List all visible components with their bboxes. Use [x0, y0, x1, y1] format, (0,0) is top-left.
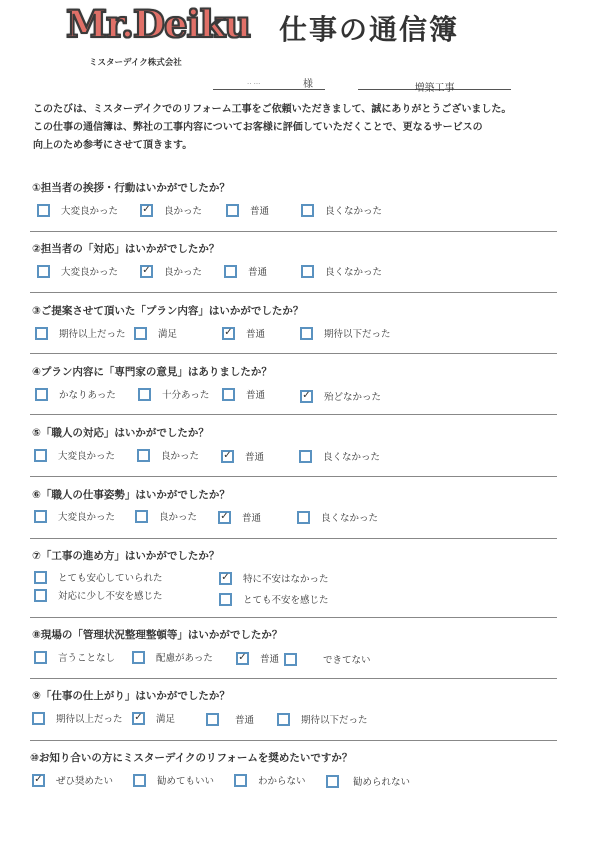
checkbox[interactable]: [299, 450, 312, 463]
checkbox[interactable]: [300, 327, 313, 340]
checkbox[interactable]: [234, 774, 247, 787]
checkbox-checked[interactable]: ✓: [222, 327, 235, 340]
intro-line: この仕事の通信簿は、弊社の工事内容についてお客様に評価していただくことで、更なる…: [33, 119, 511, 137]
q5-option-2[interactable]: 良かった: [137, 448, 199, 462]
q6-option-2[interactable]: 良かった: [135, 509, 197, 523]
divider: [30, 476, 557, 477]
checkbox[interactable]: [34, 589, 47, 602]
q7-option-1[interactable]: とても安心していられた: [34, 570, 163, 584]
question-8-title: ⑧現場の「管理状況整理整頓等」はいかがでしたか？: [32, 627, 282, 642]
question-2-title: ②担当者の「対応」はいかがでしたか？: [32, 241, 219, 256]
q6-option-4[interactable]: 良くなかった: [297, 510, 378, 524]
checkbox[interactable]: [37, 265, 50, 278]
q8-option-3[interactable]: ✓普通: [236, 651, 279, 665]
checkbox[interactable]: [135, 510, 148, 523]
checkbox[interactable]: [134, 327, 147, 340]
checkbox[interactable]: [277, 713, 290, 726]
customer-suffix: 様: [303, 75, 313, 90]
checkbox[interactable]: [222, 388, 235, 401]
checkbox[interactable]: [226, 204, 239, 217]
divider: [30, 740, 557, 741]
q1-option-2[interactable]: ✓良かった: [140, 203, 202, 217]
q8-option-4[interactable]: できてない: [284, 652, 371, 666]
question-5-title: ⑤「職人の対応」はいかがでしたか？: [32, 425, 209, 440]
q3-option-2[interactable]: 満足: [134, 326, 177, 340]
checkbox-checked[interactable]: ✓: [140, 265, 153, 278]
q10-option-2[interactable]: 勧めてもいい: [133, 773, 214, 787]
divider: [30, 231, 557, 232]
divider: [30, 617, 557, 618]
q4-option-2[interactable]: 十分あった: [138, 387, 209, 401]
checkbox[interactable]: [326, 775, 339, 788]
checkbox[interactable]: [34, 651, 47, 664]
q10-option-3[interactable]: わからない: [234, 773, 306, 787]
q3-option-3[interactable]: ✓普通: [222, 326, 265, 340]
q9-option-2[interactable]: ✓満足: [132, 711, 175, 725]
checkbox[interactable]: [34, 571, 47, 584]
q9-option-1[interactable]: 期待以上だった: [32, 711, 123, 725]
intro-line: 向上のため参考にさせて頂きます。: [33, 137, 511, 155]
q5-option-3[interactable]: ✓普通: [221, 449, 264, 463]
company-name: ミスターデイク株式会社: [89, 56, 182, 68]
checkbox-checked[interactable]: ✓: [236, 652, 249, 665]
q2-option-4[interactable]: 良くなかった: [301, 264, 382, 278]
q7-option-3[interactable]: 対応に少し不安を感じた: [34, 588, 163, 602]
checkbox[interactable]: [301, 204, 314, 217]
checkbox[interactable]: [34, 449, 47, 462]
checkbox-checked[interactable]: ✓: [218, 511, 231, 524]
q7-option-4[interactable]: とても不安を感じた: [219, 592, 329, 606]
question-9-title: ⑨「仕事の仕上がり」はいかがでしたか？: [32, 688, 230, 703]
checkbox[interactable]: [219, 593, 232, 606]
q7-option-2[interactable]: ✓特に不安はなかった: [219, 571, 329, 585]
checkbox[interactable]: [133, 774, 146, 787]
question-1-title: ①担当者の挨拶・行動はいかがでしたか？: [32, 180, 230, 195]
question-4-title: ④プラン内容に「専門家の意見」はありましたか？: [32, 364, 272, 379]
q3-option-1[interactable]: 期待以上だった: [35, 326, 126, 340]
checkbox[interactable]: [34, 510, 47, 523]
checkbox[interactable]: [37, 204, 50, 217]
checkbox-checked[interactable]: ✓: [32, 774, 45, 787]
q9-option-4[interactable]: 期待以下だった: [277, 712, 368, 726]
work-type-value: 増築工事: [415, 83, 455, 94]
checkbox[interactable]: [284, 653, 297, 666]
q9-option-3[interactable]: 普通: [206, 712, 254, 726]
checkbox[interactable]: [297, 511, 310, 524]
q3-option-4[interactable]: 期待以下だった: [300, 326, 391, 340]
q6-option-3[interactable]: ✓普通: [218, 510, 261, 524]
q8-option-1[interactable]: 言うことなし: [34, 650, 115, 664]
q10-option-4[interactable]: 勧められない: [326, 774, 410, 788]
intro-line: このたびは、ミスターデイクでのリフォーム工事をご依頼いただきまして、誠にありがと…: [33, 101, 511, 119]
checkbox[interactable]: [35, 388, 48, 401]
checkbox-checked[interactable]: ✓: [140, 204, 153, 217]
q5-option-4[interactable]: 良くなかった: [299, 449, 380, 463]
checkbox-checked[interactable]: ✓: [219, 572, 232, 585]
work-type-field[interactable]: 増築工事: [358, 76, 511, 90]
q2-option-3[interactable]: 普通: [224, 264, 267, 278]
divider: [30, 414, 557, 415]
divider: [30, 678, 557, 679]
q6-option-1[interactable]: 大変良かった: [34, 509, 115, 523]
q5-option-1[interactable]: 大変良かった: [34, 448, 115, 462]
customer-name-field[interactable]: .. ... 様: [213, 76, 325, 90]
q10-option-1[interactable]: ✓ぜひ奨めたい: [32, 773, 113, 787]
q4-option-3[interactable]: 普通: [222, 387, 265, 401]
q4-option-1[interactable]: かなりあった: [35, 387, 116, 401]
customer-name-value: .. ...: [247, 78, 260, 86]
intro-text: このたびは、ミスターデイクでのリフォーム工事をご依頼いただきまして、誠にありがと…: [33, 101, 511, 155]
q1-option-3[interactable]: 普通: [226, 203, 269, 217]
question-7-title: ⑦「工事の進め方」はいかがでしたか？: [32, 548, 219, 563]
checkbox-checked[interactable]: ✓: [132, 712, 145, 725]
company-logo: Mr.Deiku: [66, 2, 250, 46]
checkbox-checked[interactable]: ✓: [221, 450, 234, 463]
checkbox[interactable]: [224, 265, 237, 278]
checkbox[interactable]: [132, 651, 145, 664]
divider: [30, 353, 557, 354]
divider: [30, 292, 557, 293]
checkbox[interactable]: [35, 327, 48, 340]
checkbox[interactable]: [138, 388, 151, 401]
checkbox[interactable]: [137, 449, 150, 462]
divider: [30, 538, 557, 539]
question-3-title: ③ご提案させて頂いた「プラン内容」はいかがでしたか？: [32, 303, 303, 318]
checkbox[interactable]: [206, 713, 219, 726]
q1-option-1[interactable]: 大変良かった: [37, 203, 118, 217]
page-title: 仕事の通信簿: [279, 12, 459, 48]
question-6-title: ⑥「職人の仕事姿勢」はいかがでしたか？: [32, 487, 230, 502]
q2-option-1[interactable]: 大変良かった: [37, 264, 118, 278]
checkbox[interactable]: [301, 265, 314, 278]
checkbox-checked[interactable]: ✓: [300, 390, 313, 403]
q2-option-2[interactable]: ✓良かった: [140, 264, 202, 278]
question-10-title: ⑩お知り合いの方にミスターデイクのリフォームを奨めたいですか？: [30, 750, 352, 765]
q1-option-4[interactable]: 良くなかった: [301, 203, 382, 217]
q8-option-2[interactable]: 配慮があった: [132, 650, 213, 664]
checkbox[interactable]: [32, 712, 45, 725]
q4-option-4[interactable]: ✓殆どなかった: [300, 389, 381, 403]
